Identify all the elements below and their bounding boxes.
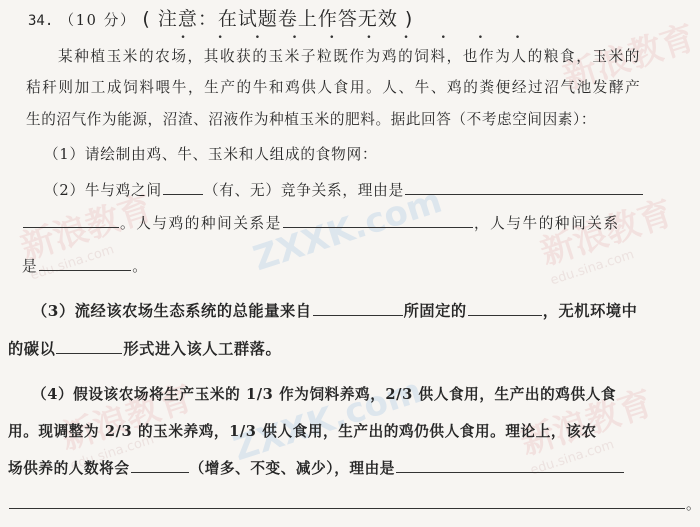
answer-notice: ( 注意：在试题卷上作答无效 ) • • • • • • • • • • — [142, 8, 413, 30]
answer-blank-energy-form[interactable] — [468, 314, 542, 316]
subquestion-2-line-3: 是。 — [22, 255, 148, 276]
answer-blank-human-chicken[interactable] — [283, 226, 473, 228]
answer-blank-reason-cont[interactable] — [23, 226, 119, 228]
answer-blank-population-reason[interactable] — [396, 471, 624, 473]
subquestion-4-line-2: 用。现调整为 2/3 的玉米养鸡，1/3 供人食用，生产出的鸡仍供人食用。理论上… — [8, 420, 597, 441]
answer-blank-competition[interactable] — [163, 193, 203, 195]
question-number: 34. — [28, 13, 53, 29]
watermark-sina: 新浪教育edu.sina.com — [533, 186, 682, 289]
subquestion-4-line-4: 。 — [8, 493, 700, 514]
question-header: 34. （10 分） ( 注意：在试题卷上作答无效 ) • • • • • • … — [28, 4, 413, 31]
answer-blank-carbon-form[interactable] — [56, 352, 122, 354]
stem-line-2: 秸秆则加工成饲料喂牛，生产的牛和鸡供人食用。人、牛、鸡的粪便经过沼气池发酵产 — [26, 76, 641, 97]
question-points: （10 分） — [60, 12, 137, 29]
subquestion-1: （1）请绘制由鸡、牛、玉米和人组成的食物网： — [44, 143, 377, 164]
subquestion-2-line-2: 。人与鸡的种间关系是，人与牛的种间关系 — [22, 212, 620, 233]
answer-blank-energy-source[interactable] — [313, 314, 403, 316]
answer-blank-population-change[interactable] — [131, 471, 189, 473]
subquestion-4-line-1: （4）假设该农场将生产玉米的 1/3 作为饲料养鸡，2/3 供人食用，生产出的鸡… — [32, 383, 616, 404]
subquestion-4-line-3: 场供养的人数将会（增多、不变、减少），理由是 — [8, 457, 625, 478]
subquestion-3-line-2: 的碳以形式进入该人工群落。 — [8, 338, 281, 359]
answer-blank-human-cattle[interactable] — [39, 269, 131, 271]
answer-blank-reason[interactable] — [405, 193, 643, 195]
emphasis-dots: • • • • • • • • • • — [180, 33, 534, 43]
subquestion-3-line-1: （3）流经该农场生态系统的总能量来自所固定的，无机环境中 — [32, 300, 637, 321]
stem-line-3: 生的沼气作为能源，沼渣、沼液作为种植玉米的肥料。据此回答（不考虑空间因素）： — [26, 108, 596, 129]
stem-line-1: 某种植玉米的农场，其收获的玉米子粒既作为鸡的饲料，也作为人的粮食，玉米的 — [58, 45, 641, 66]
answer-blank-population-reason-cont[interactable] — [9, 507, 685, 509]
subquestion-2-line-1: （2）牛与鸡之间（有、无）竞争关系，理由是 — [44, 179, 644, 200]
